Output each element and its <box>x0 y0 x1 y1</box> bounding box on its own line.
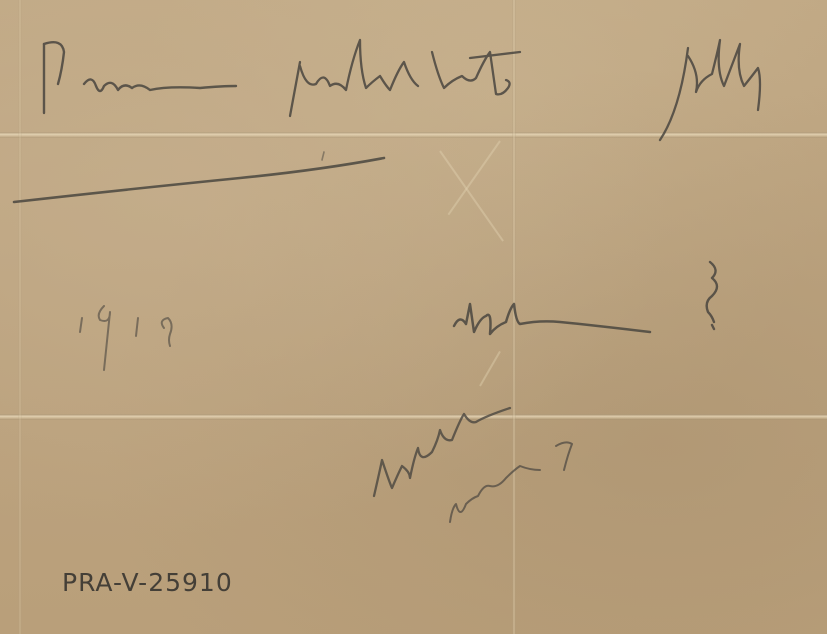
document-page: Ramu pulwivate pelly 1919 Mehm ? Arbies … <box>0 0 827 634</box>
handwriting-lower-word2 <box>450 442 572 522</box>
handwriting-title-word3 <box>660 40 760 140</box>
handwriting-title-word2 <box>290 40 520 116</box>
handwriting-middle-word <box>454 304 650 334</box>
catalog-number: PRA-V-25910 <box>62 568 233 597</box>
handwriting-year <box>80 306 172 370</box>
handwriting-lower-word1 <box>374 408 510 496</box>
handwriting-question-mark <box>707 262 717 329</box>
handwriting-title-word1 <box>44 42 236 113</box>
underline-stroke <box>14 158 384 202</box>
